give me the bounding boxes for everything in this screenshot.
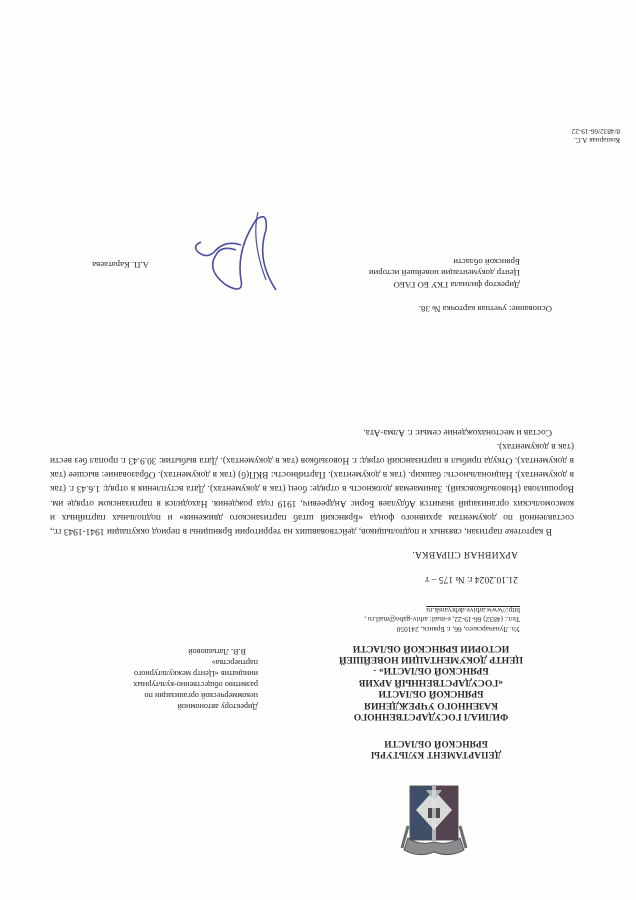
executor-name: Кошарная А.С. [572, 135, 620, 144]
signer-name: А.П. Каратаева [92, 260, 149, 270]
contact-block: Ул. Луначарского, 66, г. Брянск, 241050 … [320, 605, 520, 634]
phone-email: Тел.: (4832) 66-19-22, e-mail: arhiv-gab… [320, 615, 520, 625]
signer-title: Директор филиала ГКУ БО ГАБО Центр докум… [280, 255, 520, 290]
executor-phone: 8/4832/66-19-22 [572, 126, 620, 135]
reference-number: 21.10.2024 г. № 175 – т [425, 574, 518, 585]
document-title: АРХИВНАЯ СПРАВКА. [412, 549, 518, 560]
website-link[interactable]: http://www.arhive.debryansk.ru [320, 605, 520, 615]
executor-block: Кошарная А.С. 8/4832/66-19-22 [572, 126, 620, 144]
addressee-name: В.В. Латышовой [58, 646, 246, 657]
body-paragraph: Состав и местонахождение семьи: г. Алма-… [50, 424, 574, 438]
address: Ул. Луначарского, 66, г. Брянск, 241050 [320, 624, 520, 634]
body-paragraph: В картотеке партизан, связных и подпольщ… [50, 439, 574, 538]
archive-emblem-icon [398, 780, 470, 860]
archive-certificate-page: ДЕПАРТАМЕНТ КУЛЬТУРЫ БРЯНСКОЙ ОБЛАСТИ ФИ… [0, 0, 636, 900]
institution-name: ФИЛИАЛ ГОСУДАРСТВЕННОГО КАЗЕННОГО УЧРЕЖД… [326, 642, 536, 722]
addressee-block: Директору автономной некоммерческой орга… [58, 646, 258, 712]
department-header: ДЕПАРТАМЕНТ КУЛЬТУРЫ БРЯНСКОЙ ОБЛАСТИ [356, 738, 516, 760]
basis-line: Основание: учетная карточка № 38. [419, 304, 552, 314]
certificate-body: В картотеке партизан, связных и подпольщ… [50, 424, 574, 538]
signature-icon [186, 200, 296, 300]
